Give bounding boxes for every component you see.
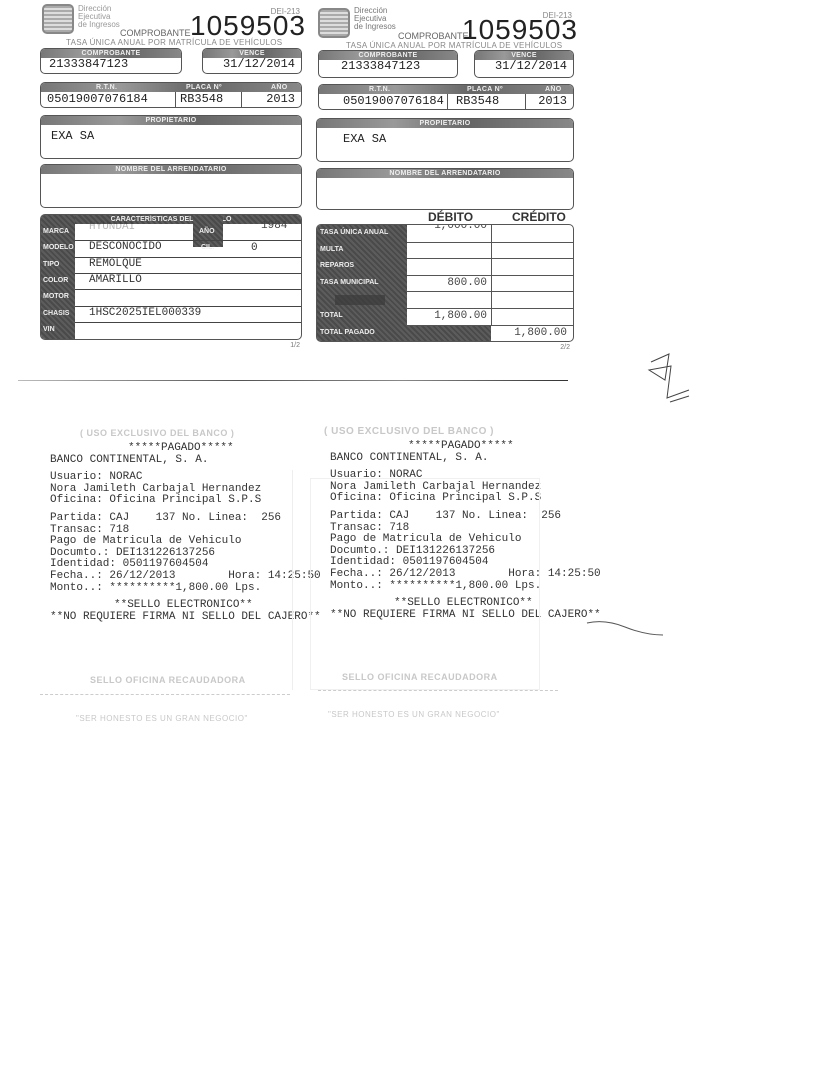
vehicle-field-value: AMARILLO [89,274,142,286]
vehicle-field-label: MARCA [43,228,69,235]
vehicle-cil-value: 0 [251,242,258,254]
stamped-mark [335,295,385,305]
comprobante-label: COMPROBANTE [398,31,469,41]
vehicle-year-value: 1984 [261,220,287,232]
rtn-placa-anio-field: R.T.N. PLACA Nº AÑO 05019007076184 RB354… [40,82,302,108]
ledger-debit: 800.00 [409,277,487,289]
debit-header: DÉBITO [428,210,473,224]
rtn-placa-anio-field: R.T.N. PLACA Nº AÑO 05019007076184 RB354… [318,84,574,110]
receipt-bank-name: BANCO CONTINENTAL, S. A. [50,454,208,466]
motto: "SER HONESTO ES UN GRAN NEGOCIO" [328,710,500,719]
placa-value: RB3548 [447,94,526,109]
agency-name: Dirección Ejecutiva de Ingresos [354,7,396,31]
ledger-label: TASA MUNICIPAL [320,279,379,286]
vehicle-field-label: CHASIS [43,310,69,317]
vehicle-field-label: MOTOR [43,293,69,300]
rtn-value: 05019007076184 [47,92,172,107]
vehicle-field-label: MODELO [43,244,74,251]
ledger-credit: 1,800.00 [495,327,567,339]
agency-logo-icon [318,8,350,38]
vehicle-year-label: AÑO [199,228,215,235]
form-subtitle: TASA ÚNICA ANUAL POR MATRÍCULA DE VEHÍCU… [346,41,562,50]
form-right: Dirección Ejecutiva de Ingresos DEI-213 … [316,2,574,354]
ledger-label: MULTA [320,246,343,253]
rtn-value: 05019007076184 [343,94,443,109]
ledger-debit: 1,800.00 [409,310,487,322]
propietario-field: PROPIETARIO EXA SA [40,115,302,159]
bank-use-header: ( USO EXCLUSIVO DEL BANCO ) [80,428,234,438]
sello-oficina: SELLO OFICINA RECAUDADORA [342,672,498,682]
anio-value: 2013 [241,92,299,107]
vence-field: VENCE 31/12/2014 [474,50,574,78]
page-number-right: 2/2 [560,344,570,351]
vehicle-field-label: TIPO [43,261,59,268]
arrendatario-field: NOMBRE DEL ARRENDATARIO [40,164,302,208]
page-number-left: 1/2 [290,342,300,349]
vehicle-field-value: REMOLQUE [89,258,142,270]
form-left: Dirección Ejecutiva de Ingresos DEI-213 … [40,2,302,352]
sello-oficina: SELLO OFICINA RECAUDADORA [90,675,246,685]
ledger-label: TASA ÚNICA ANUAL [320,229,388,236]
vehicle-field-label: VIN [43,326,55,333]
ledger-label: TOTAL [320,312,343,319]
separator-line [18,380,568,381]
ledger-label: TOTAL PAGADO [320,329,375,336]
receipt-paid-banner: *****PAGADO***** [128,442,234,454]
motto: "SER HONESTO ES UN GRAN NEGOCIO" [76,714,248,723]
vehicle-field-value: HYUNDAI [89,221,135,233]
propietario-field: PROPIETARIO EXA SA [316,118,574,162]
pen-stroke-icon [585,615,665,640]
bank-receipt-left: ( USO EXCLUSIVO DEL BANCO ) *****PAGADO*… [40,420,300,730]
bank-use-header: ( USO EXCLUSIVO DEL BANCO ) [324,426,494,437]
vence-field: VENCE 31/12/2014 [202,48,302,74]
form-subtitle: TASA ÚNICA ANUAL POR MATRÍCULA DE VEHÍCU… [66,38,282,47]
anio-value: 2013 [525,94,571,109]
agency-logo-icon [42,4,74,34]
comprobante-field: COMPROBANTE 21333847123 [318,50,458,78]
placa-value: RB3548 [175,92,240,107]
comprobante-label: COMPROBANTE [120,28,191,38]
ledger-label: REPAROS [320,262,354,269]
bank-receipt-right: ( USO EXCLUSIVO DEL BANCO ) *****PAGADO*… [318,418,588,728]
handwritten-mark-icon [645,350,695,405]
ledger-debit: 1,000.00 [409,224,487,232]
arrendatario-field: NOMBRE DEL ARRENDATARIO [316,168,574,210]
receipt-bank-name: BANCO CONTINENTAL, S. A. [330,452,488,464]
receipt-paid-banner: *****PAGADO***** [408,440,514,452]
comprobante-field: COMPROBANTE 21333847123 [40,48,182,74]
vehicle-field-value: 1HSC2025IEL000339 [89,307,201,319]
credit-header: CRÉDITO [512,210,566,224]
payment-ledger: TASA ÚNICA ANUAL1,000.00MULTAREPAROSTASA… [316,224,574,342]
vehicle-field-label: COLOR [43,277,68,284]
vehicle-characteristics: CARACTERÍSTICAS DEL VEHÍCULO MARCAHYUNDA… [40,214,302,340]
agency-name: Dirección Ejecutiva de Ingresos [78,5,120,29]
vehicle-field-value: DESCONOCIDO [89,241,162,253]
vehicle-cil-label: CIL. [201,244,214,251]
